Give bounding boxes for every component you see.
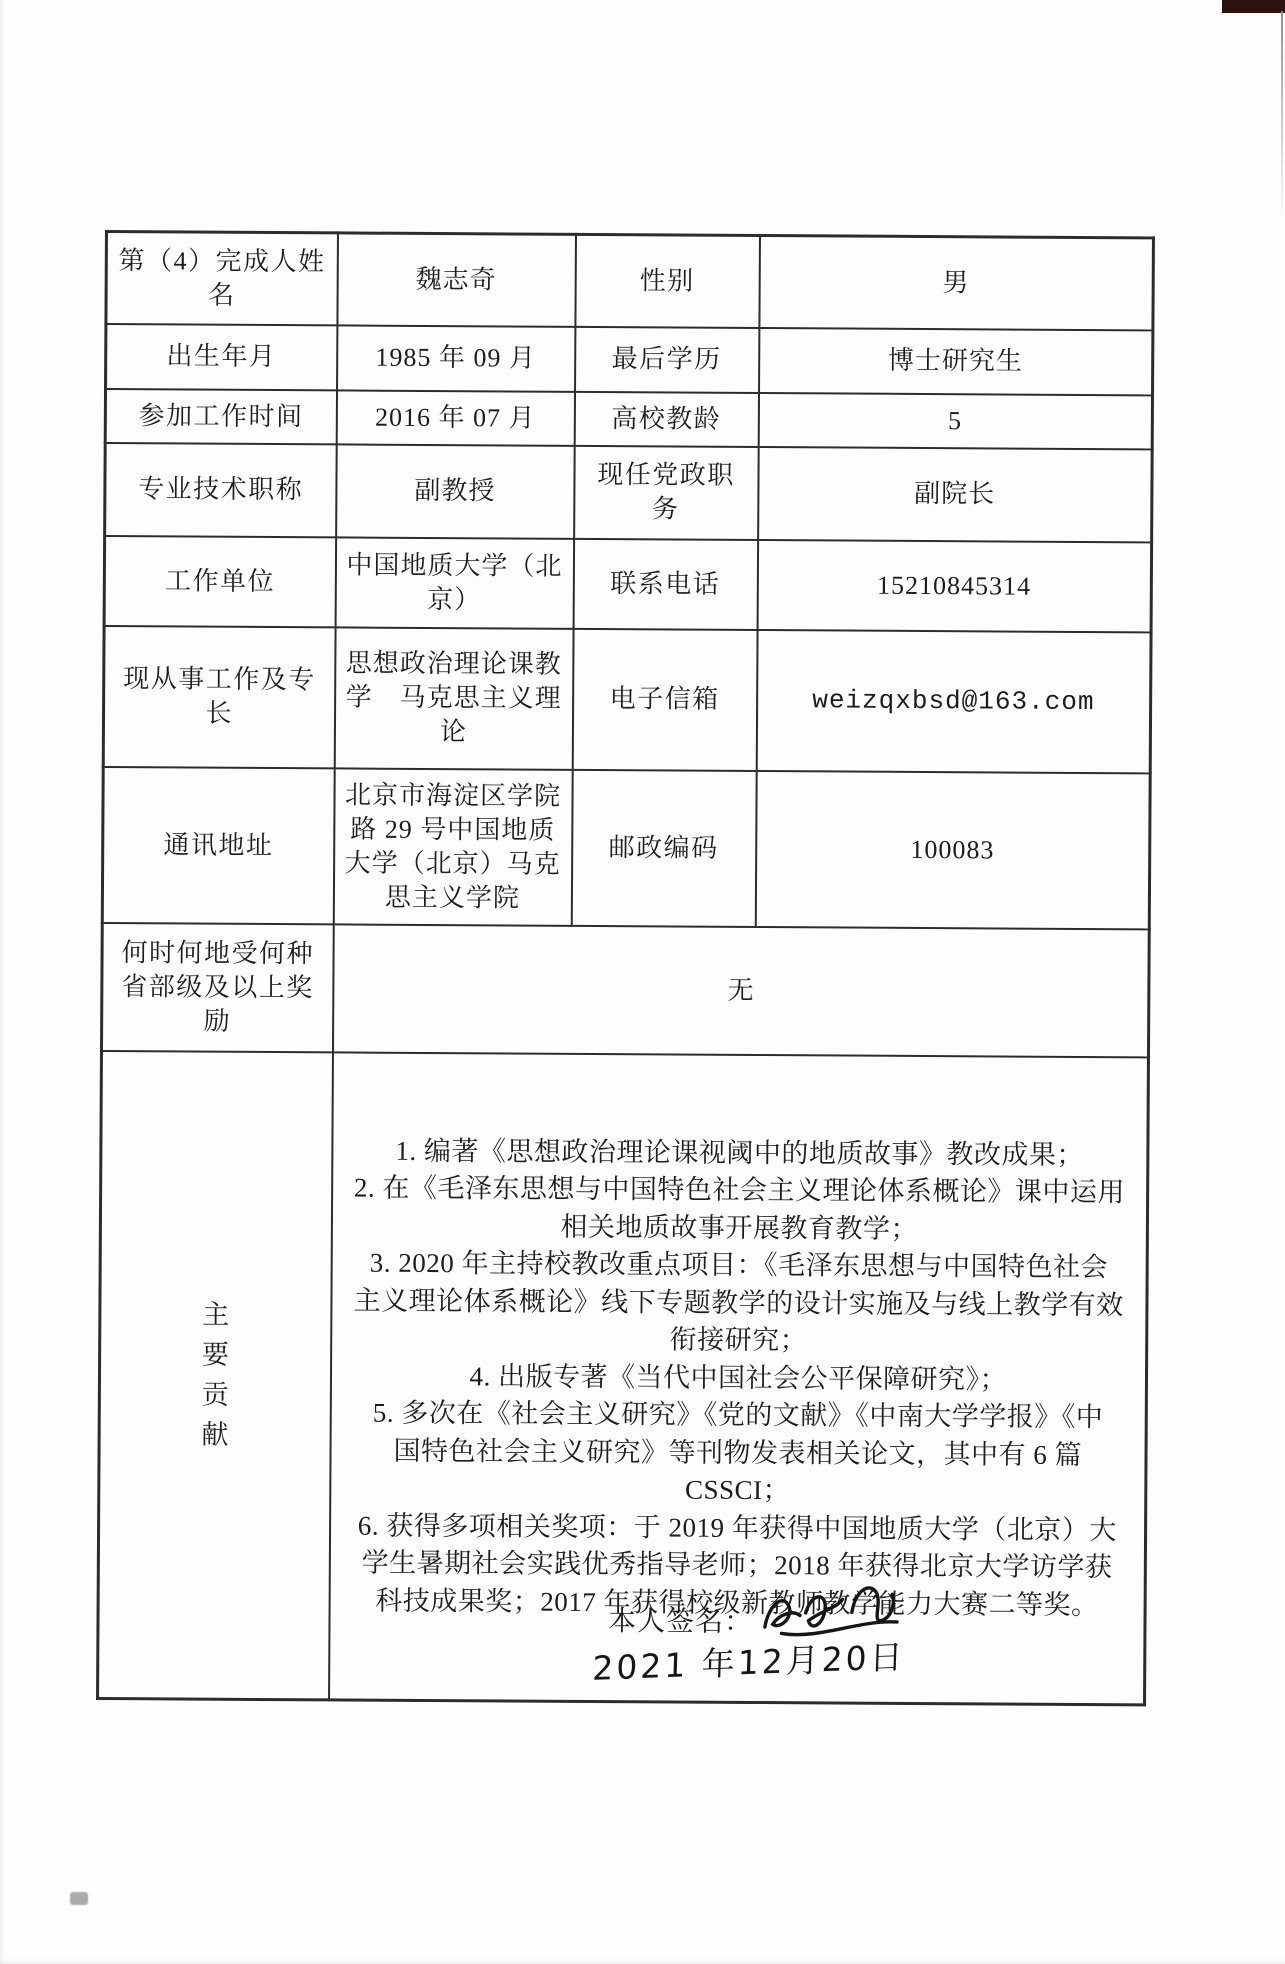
contribution-line: 国特色社会主义研究》等刊物发表相关论文，其中有 6 篇 [341,1432,1135,1474]
table-row-work-start: 参加工作时间 2016 年 07 月 高校教龄 5 [105,389,1152,449]
field-value-postal-code: 100083 [755,770,1150,928]
contribution-line: 4. 出版专著《当代中国社会公平保障研究》； [341,1357,1135,1399]
field-label-awards: 何时何地受何种省部级及以上奖励 [101,922,333,1051]
contribution-line: 3. 2020 年主持校教改重点项目：《毛泽东思想与中国特色社会 [342,1244,1136,1286]
table-row-awards: 何时何地受何种省部级及以上奖励 无 [101,922,1149,1056]
contribution-label-char: 献 [111,1414,320,1455]
table-row-contributions: 主 要 贡 献 1. 编著《思想政治理论课视阈中的地质故事》教改成果； 2. 在… [98,1050,1149,1704]
field-value-party-post: 副院长 [758,446,1153,541]
contribution-line: 衔接研究； [342,1319,1136,1361]
table-row-address: 通讯地址 北京市海淀区学院路 29 号中国地质大学（北京）马克思主义学院 邮政编… [102,766,1150,928]
contribution-line: 主义理论体系概论》线下专题教学的设计实施及与线上教学有效 [342,1282,1136,1324]
table-row-specialty: 现从事工作及专长 思想政治理论课教学 马克思主义理论 电子信箱 weizqxbs… [103,626,1151,773]
scanned-form-page: 第（4）完成人姓名 魏志奇 性别 男 出生年月 1985 年 09 月 最后学历… [0,0,1285,1964]
field-value-employer: 中国地质大学（北京） [335,537,574,628]
field-label-phone: 联系电话 [573,538,758,629]
field-label-professional-title: 专业技术职称 [105,443,337,537]
field-value-awards: 无 [332,924,1149,1057]
table-row-employer: 工作单位 中国地质大学（北京） 联系电话 15210845314 [104,536,1152,632]
contribution-label-char: 主 [111,1294,320,1335]
handwritten-signature [755,1577,905,1642]
scan-smudge [70,1892,88,1905]
field-value-phone: 15210845314 [757,539,1152,631]
scan-paper-edge-line [1281,11,1283,219]
table-row-title: 专业技术职称 副教授 现任党政职务 副院长 [105,443,1153,542]
contribution-line: 5. 多次在《社会主义研究》《党的文献》《中南大学学报》《中 [341,1394,1135,1436]
contribution-line: CSSCI； [341,1469,1135,1511]
field-value-professional-title: 副教授 [336,444,575,538]
field-label-specialty: 现从事工作及专长 [103,626,335,768]
completer-info-table: 第（4）完成人姓名 魏志奇 性别 男 出生年月 1985 年 09 月 最后学历… [96,230,1155,1706]
field-label-last-degree: 最后学历 [575,326,759,392]
field-value-specialty: 思想政治理论课教学 马克思主义理论 [334,627,573,769]
field-value-completer-name: 魏志奇 [337,233,576,326]
field-value-address: 北京市海淀区学院路 29 号中国地质大学（北京）马克思主义学院 [333,768,572,925]
field-label-postal-code: 邮政编码 [571,769,756,926]
field-value-work-start: 2016 年 07 月 [336,390,574,445]
contribution-label-char: 要 [111,1334,320,1375]
signature-label: 本人签名： [608,1605,753,1640]
scan-edge-shadow-left [0,0,4,1964]
contribution-line: 相关地质故事开展教育教学； [342,1207,1136,1249]
field-label-birth-date: 出生年月 [106,324,337,390]
field-label-employer: 工作单位 [104,536,336,627]
field-value-gender: 男 [759,235,1154,329]
scan-edge-shadow-bottom [0,1958,1285,1964]
field-label-work-start: 参加工作时间 [105,389,336,444]
field-label-email: 电子信箱 [572,628,757,770]
field-label-address: 通讯地址 [102,766,334,923]
field-label-gender: 性别 [575,234,760,327]
signature-block: 本人签名： [608,1603,905,1643]
table-row-name: 第（4）完成人姓名 魏志奇 性别 男 [106,232,1154,330]
field-value-teaching-years: 5 [758,392,1152,448]
contribution-label-char: 贡 [111,1374,320,1415]
field-label-main-contributions: 主 要 贡 献 [98,1050,333,1699]
field-value-last-degree: 博士研究生 [759,327,1153,394]
contribution-line: 学生暑期社会实践优秀指导老师；2018 年获得北京大学访学获 [340,1544,1134,1586]
contribution-line: 6. 获得多项相关奖项：于 2019 年获得中国地质大学（北京）大 [340,1507,1134,1549]
field-label-completer-name: 第（4）完成人姓名 [106,232,338,325]
contribution-line: 2. 在《毛泽东思想与中国特色社会主义理论体系概论》课中运用 [343,1169,1137,1211]
scan-corner-mark [1222,0,1285,13]
field-value-email: weizqxbsd@163.com [756,629,1151,772]
field-label-teaching-years: 高校教龄 [574,391,758,446]
signature-date: 2021 年12月20日 [591,1640,905,1686]
field-value-main-contributions: 1. 编著《思想政治理论课视阈中的地质故事》教改成果； 2. 在《毛泽东思想与中… [329,1052,1149,1705]
field-label-party-post: 现任党政职务 [574,445,759,539]
table-row-birth: 出生年月 1985 年 09 月 最后学历 博士研究生 [106,324,1153,395]
contribution-line: 1. 编著《思想政治理论课视阈中的地质故事》教改成果； [343,1132,1137,1174]
field-value-birth-date: 1985 年 09 月 [337,325,575,391]
